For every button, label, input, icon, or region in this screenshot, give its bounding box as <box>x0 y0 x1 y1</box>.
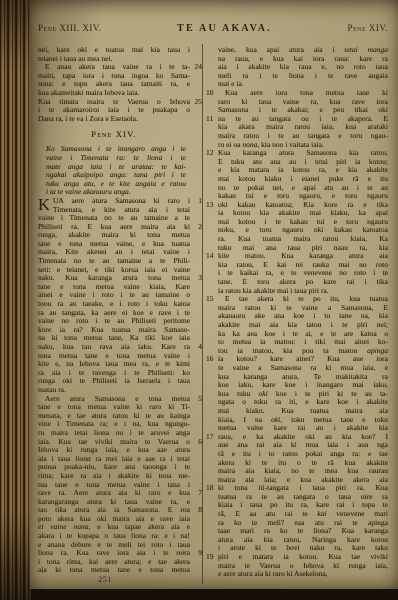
verse-number: 24 <box>195 63 203 72</box>
left-text-column: nei, kare oki e tuatua mai kia taua itei… <box>38 46 203 575</box>
verse-number: 13 <box>206 201 214 210</box>
running-head-right: Pene XIV. <box>347 23 388 33</box>
verse-number: 19 <box>206 553 214 562</box>
verse-number: 9 <box>198 549 202 558</box>
text-line: Dana ra, i te va i Zora e Esetaola. <box>38 115 203 124</box>
book-page: Pene XIII. XIV. TE AU AKAVA. Pene XIV. n… <box>30 0 398 589</box>
verse-number: 8 <box>198 506 202 515</box>
text-line: aia ki tona metua tane e tona metua <box>38 566 203 575</box>
verse-number: 10 <box>206 89 214 98</box>
verse-number: 3 <box>198 274 202 283</box>
verse-number: 16 <box>206 355 214 364</box>
line-text: Pene XIV. <box>91 129 136 139</box>
verse-number: 25 <box>195 98 203 107</box>
running-head-left: Pene XIII. XIV. <box>38 23 102 33</box>
verse-number: 2 <box>198 223 202 232</box>
running-head-title: TE AU AKAVA. <box>177 23 272 34</box>
verse-number: 5 <box>198 395 202 404</box>
book-page-edges <box>0 0 31 600</box>
verse-number: 4 <box>198 343 202 352</box>
line-text: e aere atura aia ki raro ki Asekelona, <box>218 569 328 578</box>
line-text: aia ki tona metua tane e tona metua <box>38 565 190 574</box>
verse-number: 17 <box>206 433 214 442</box>
verse-number: 7 <box>198 489 202 498</box>
book-scan: Pene XIII. XIV. TE AU AKAVA. Pene XIV. n… <box>0 0 398 600</box>
chapter-heading: Pene XIV. <box>38 123 203 145</box>
verse-number: 12 <box>206 149 214 158</box>
verse-number: 15 <box>206 295 214 304</box>
verse-number: 18 <box>206 484 214 493</box>
verse-number: 14 <box>206 252 214 261</box>
running-head: Pene XIII. XIV. TE AU AKAVA. Pene XIV. <box>38 23 388 34</box>
verse-number: 1 <box>198 197 202 206</box>
verse-number: 11 <box>206 115 213 124</box>
text-line: e aere atura aia ki raro ki Asekelona, <box>205 570 388 579</box>
right-text-column: vaine, kua apai atura aia i tetai mangan… <box>205 46 388 579</box>
line-text: Dana ra, i te va i Zora e Esetaola. <box>38 114 138 123</box>
page-number: 251 <box>38 575 172 584</box>
verse-number: 6 <box>198 438 202 447</box>
